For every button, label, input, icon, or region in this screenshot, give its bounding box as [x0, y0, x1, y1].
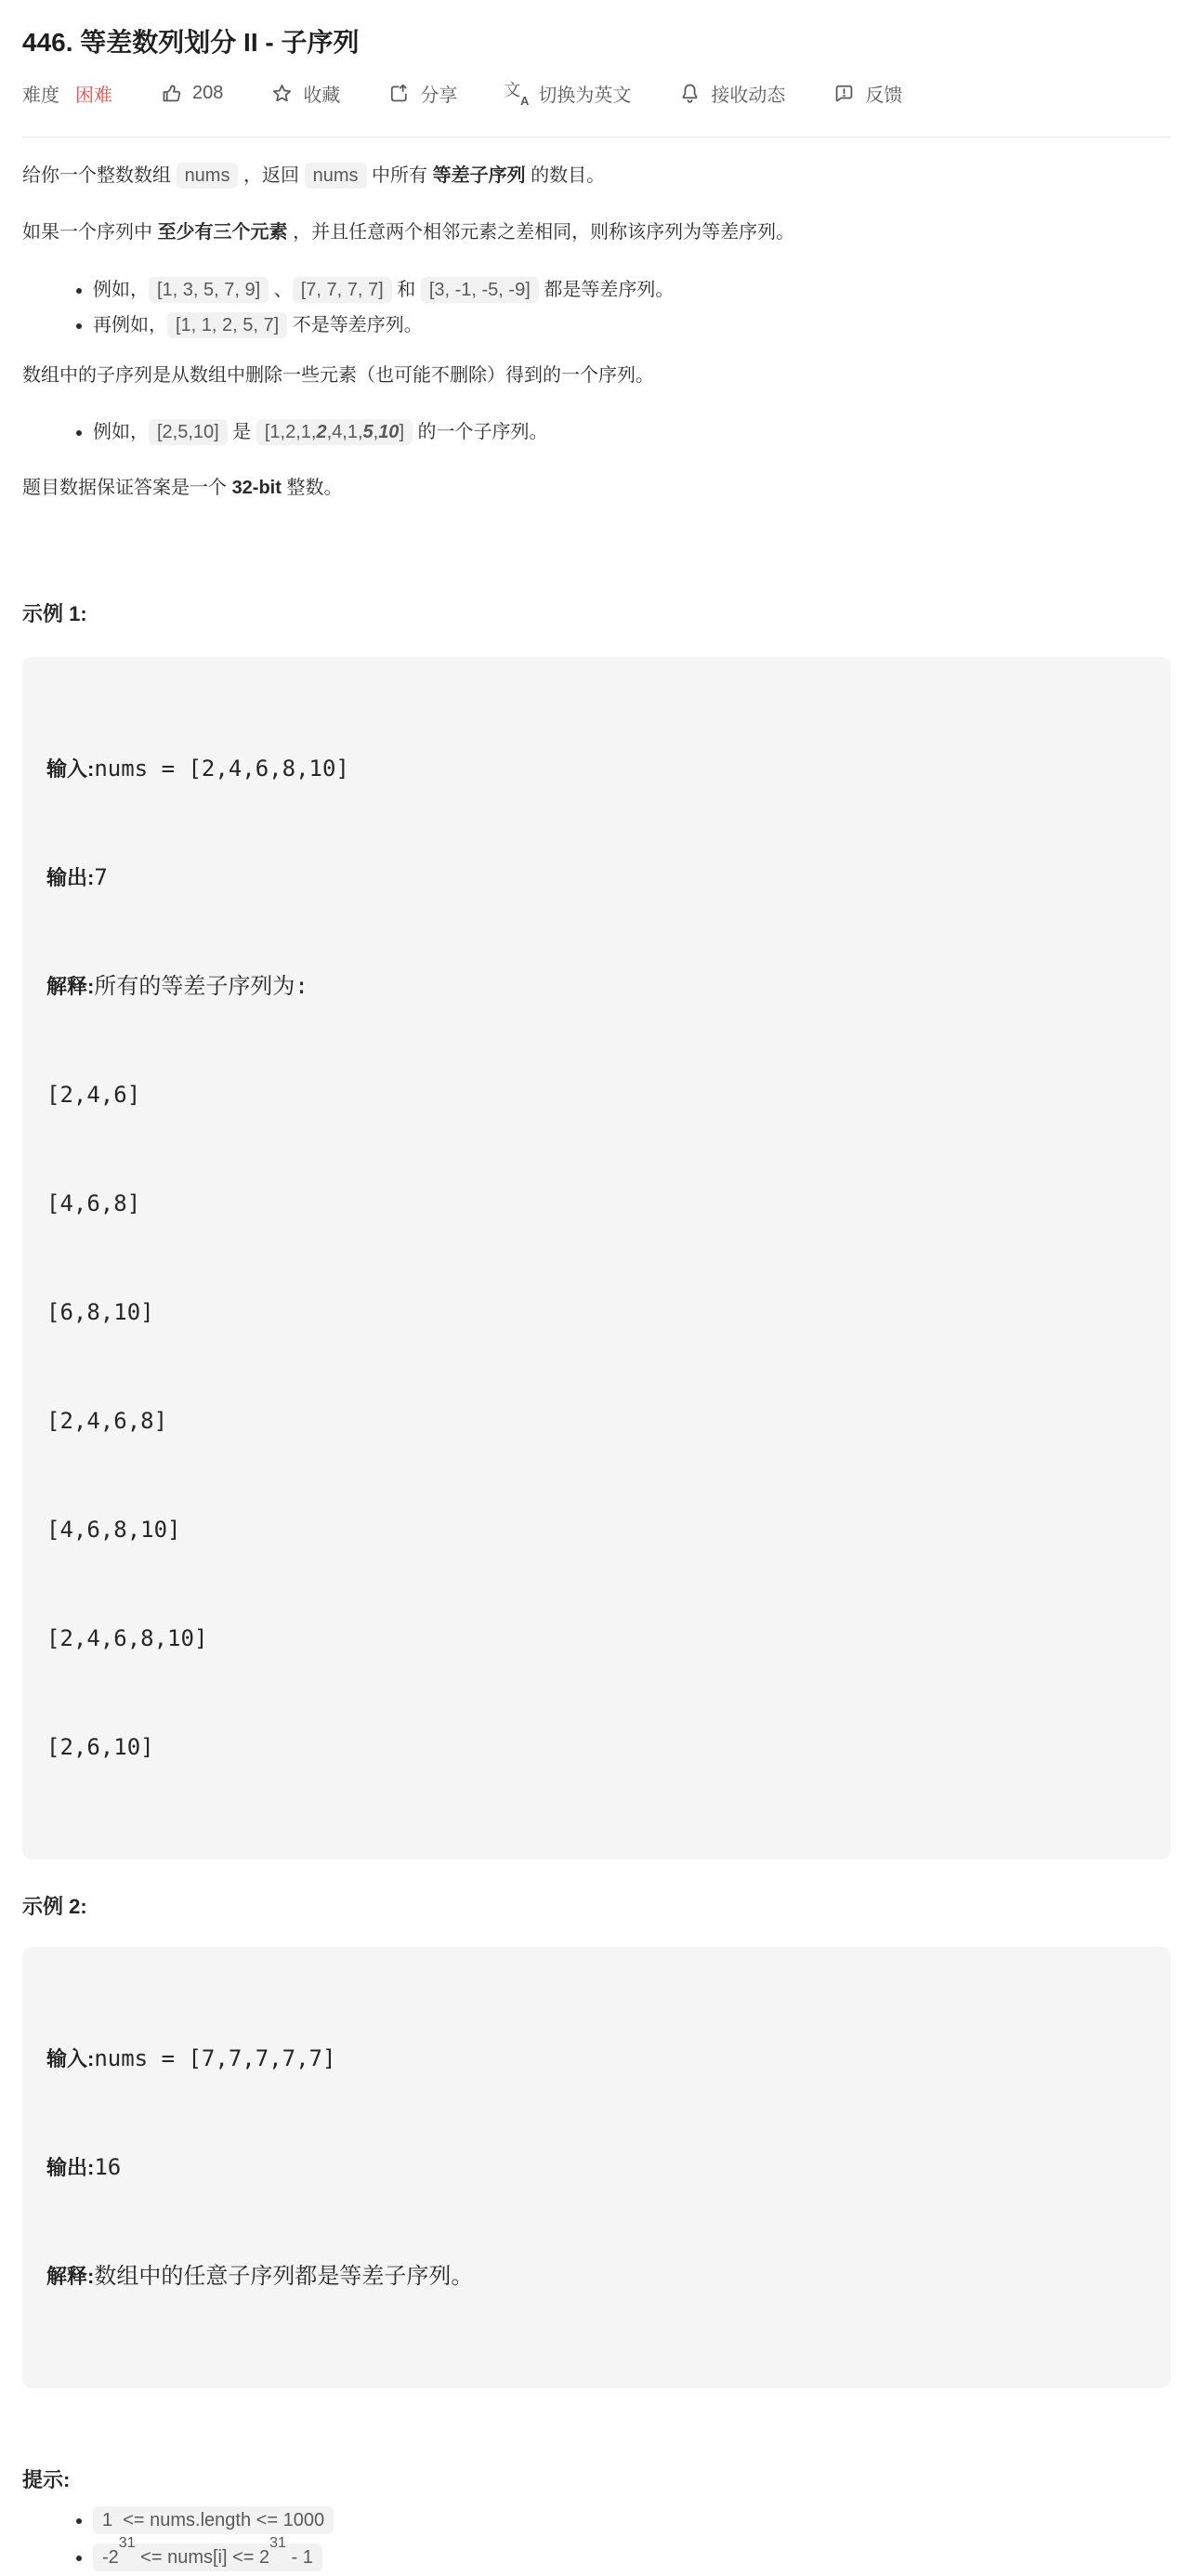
subscribe-label: 接收动态: [711, 80, 785, 107]
page-title: 446. 等差数列划分 II - 子序列: [22, 26, 1171, 59]
share-icon: [387, 82, 411, 106]
sequence-line: [4,6,8,10]: [46, 1512, 1147, 1548]
explanation-line: 解释:所有的等差子序列为:: [46, 968, 1147, 1005]
code-nums: nums: [305, 163, 367, 189]
hints-heading: 提示:: [22, 2466, 1171, 2494]
example-2-code-block: 输入:nums = [7,7,7,7,7] 输出:16 解释:数组中的任意子序列…: [22, 1947, 1171, 2388]
translate-icon: 文A: [504, 82, 529, 106]
feedback-icon: [832, 82, 856, 106]
code-nums: nums: [177, 163, 239, 189]
favorite-button[interactable]: 收藏: [269, 80, 340, 107]
subsequence-example-list: 例如，[2,5,10] 是 [1,2,1,2,4,1,5,10] 的一个子序列。: [22, 414, 1171, 450]
example-1-code-block: 输入:nums = [2,4,6,8,10] 输出:7 解释:所有的等差子序列为…: [22, 657, 1171, 1860]
feedback-label: 反馈: [865, 80, 902, 107]
difficulty-badge[interactable]: 困难: [75, 80, 112, 107]
explanation-line: 解释:数组中的任意子序列都是等差子序列。: [46, 2258, 1147, 2294]
difficulty-group: 难度 困难: [22, 80, 112, 107]
code-sequence-with-emphasis: [1,2,1,2,4,1,5,10]: [256, 419, 413, 445]
list-item: 例如，[1, 3, 5, 7, 9] 、[7, 7, 7, 7] 和 [3, -…: [93, 272, 1171, 308]
feedback-button[interactable]: 反馈: [832, 80, 902, 107]
list-item: 例如，[2,5,10] 是 [1,2,1,2,4,1,5,10] 的一个子序列。: [93, 414, 1171, 450]
sequence-line: [2,4,6]: [46, 1077, 1147, 1113]
sequence-line: [4,6,8]: [46, 1186, 1147, 1222]
favorite-label: 收藏: [303, 80, 340, 107]
code-sequence: [1, 3, 5, 7, 9]: [149, 277, 269, 303]
like-button[interactable]: 208: [159, 82, 223, 106]
divider: [22, 137, 1171, 138]
constraints-list: 1 <= nums.length <= 1000 -231 <= nums[i]…: [22, 2502, 1171, 2576]
output-line: 输出:16: [46, 2149, 1147, 2186]
sequence-line: [2,4,6,8]: [46, 1403, 1147, 1439]
input-line: 输入:nums = [7,7,7,7,7]: [46, 2041, 1147, 2077]
thumbs-up-icon: [159, 82, 183, 106]
code-sequence: [1, 1, 2, 5, 7]: [167, 312, 287, 338]
like-count: 208: [192, 83, 223, 104]
constraint-item: -231 <= nums[i] <= 231 - 1: [93, 2539, 1171, 2576]
description-paragraph-2: 如果一个序列中 至少有三个元素 ，并且任意两个相邻元素之差相同，则称该序列为等差…: [22, 218, 1171, 246]
subscribe-button[interactable]: 接收动态: [677, 80, 785, 107]
bell-icon: [677, 82, 701, 106]
bold-term: 等差子序列: [433, 165, 526, 186]
code-sequence: [2,5,10]: [149, 419, 228, 445]
share-button[interactable]: 分享: [387, 80, 457, 107]
bold-term: 32-bit: [232, 478, 282, 498]
description-paragraph-4: 题目数据保证答案是一个 32-bit 整数。: [22, 474, 1171, 502]
code-sequence: [3, -1, -5, -9]: [421, 277, 539, 303]
difficulty-label: 难度: [22, 80, 59, 107]
share-label: 分享: [420, 80, 457, 107]
problem-page: 446. 等差数列划分 II - 子序列 难度 困难 208 收藏 分享: [0, 26, 1193, 2576]
sequence-line: [2,6,10]: [46, 1729, 1147, 1766]
example-1-heading: 示例 1:: [22, 600, 1171, 628]
output-line: 输出:7: [46, 860, 1147, 896]
switch-language-label: 切换为英文: [538, 80, 631, 107]
example-2-heading: 示例 2:: [22, 1893, 1171, 1921]
description-paragraph-3: 数组中的子序列是从数组中删除一些元素（也可能不删除）得到的一个序列。: [22, 361, 1171, 389]
constraint-code: -231 <= nums[i] <= 231 - 1: [93, 2543, 322, 2571]
constraint-code: 1 <= nums.length <= 1000: [93, 2506, 334, 2534]
superscript: 31: [269, 2535, 286, 2551]
bold-term: 至少有三个元素: [158, 222, 288, 243]
switch-language-button[interactable]: 文A 切换为英文: [504, 80, 631, 107]
list-item: 再例如，[1, 1, 2, 5, 7] 不是等差序列。: [93, 308, 1171, 343]
superscript: 31: [119, 2535, 136, 2551]
meta-row: 难度 困难 208 收藏 分享 文A 切换为英文: [22, 80, 1171, 107]
sequence-line: [2,4,6,8,10]: [46, 1621, 1147, 1657]
constraint-item: 1 <= nums.length <= 1000: [93, 2502, 1171, 2539]
arithmetic-examples-list: 例如，[1, 3, 5, 7, 9] 、[7, 7, 7, 7] 和 [3, -…: [22, 272, 1171, 343]
input-line: 输入:nums = [2,4,6,8,10]: [46, 751, 1147, 787]
star-icon: [269, 82, 294, 106]
sequence-line: [6,8,10]: [46, 1295, 1147, 1331]
code-sequence: [7, 7, 7, 7]: [293, 277, 392, 303]
description-paragraph-1: 给你一个整数数组 nums ，返回 nums 中所有 等差子序列 的数目。: [22, 162, 1171, 190]
